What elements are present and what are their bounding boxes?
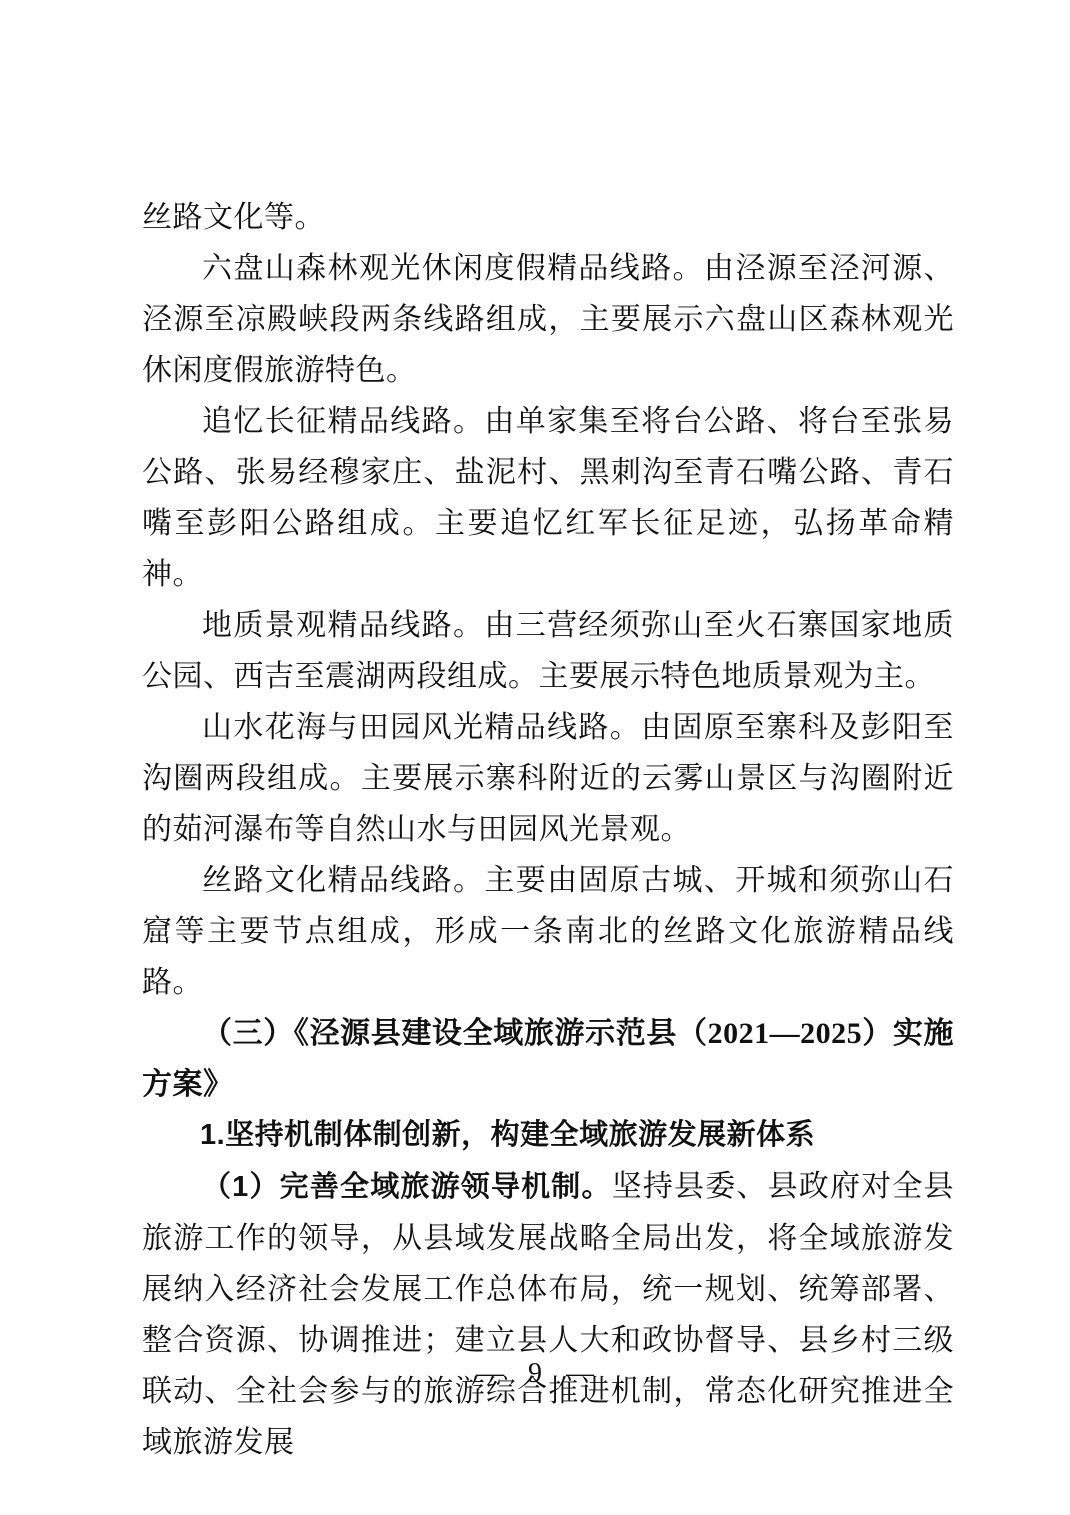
page-number: 9 (528, 1358, 542, 1390)
paragraph-continuation: 丝路文化等。 (142, 192, 954, 243)
paragraph-long-march-route: 追忆长征精品线路。由单家集至将台公路、将台至张易公路、张易经穆家庄、盐泥村、黑刺… (142, 396, 954, 600)
paragraph-lead: （1）完善全域旅游领导机制。 (202, 1171, 612, 1203)
paragraph-liupanshan-route: 六盘山森林观光休闲度假精品线路。由泾源至泾河源、泾源至凉殿峡段两条线路组成，主要… (142, 243, 954, 396)
footer-dash-right: — (566, 1358, 594, 1390)
section-heading: （三）《泾源县建设全域旅游示范县（2021—2025）实施方案》 (142, 1008, 954, 1110)
document-page: 丝路文化等。 六盘山森林观光休闲度假精品线路。由泾源至泾河源、泾源至凉殿峡段两条… (0, 0, 1070, 1515)
footer-dash-left: — (476, 1358, 504, 1390)
page-footer: — 9 — (0, 1358, 1070, 1390)
document-body: 丝路文化等。 六盘山森林观光休闲度假精品线路。由泾源至泾河源、泾源至凉殿峡段两条… (142, 192, 954, 1468)
paragraph-with-bold-lead: （1）完善全域旅游领导机制。坚持县委、县政府对全县旅游工作的领导，从县域发展战略… (142, 1161, 954, 1468)
paragraph-geology-route: 地质景观精品线路。由三营经须弥山至火石寨国家地质公园、西吉至震湖两段组成。主要展… (142, 600, 954, 702)
paragraph-landscape-route: 山水花海与田园风光精品线路。由固原至寨科及彭阳至沟圈两段组成。主要展示寨科附近的… (142, 702, 954, 855)
subsection-heading: 1.坚持机制体制创新，构建全域旅游发展新体系 (142, 1110, 954, 1161)
paragraph-lead-body: 坚持县委、县政府对全县旅游工作的领导，从县域发展战略全局出发，将全域旅游发展纳入… (142, 1170, 954, 1459)
paragraph-silk-road-route: 丝路文化精品线路。主要由固原古城、开城和须弥山石窟等主要节点组成，形成一条南北的… (142, 855, 954, 1008)
